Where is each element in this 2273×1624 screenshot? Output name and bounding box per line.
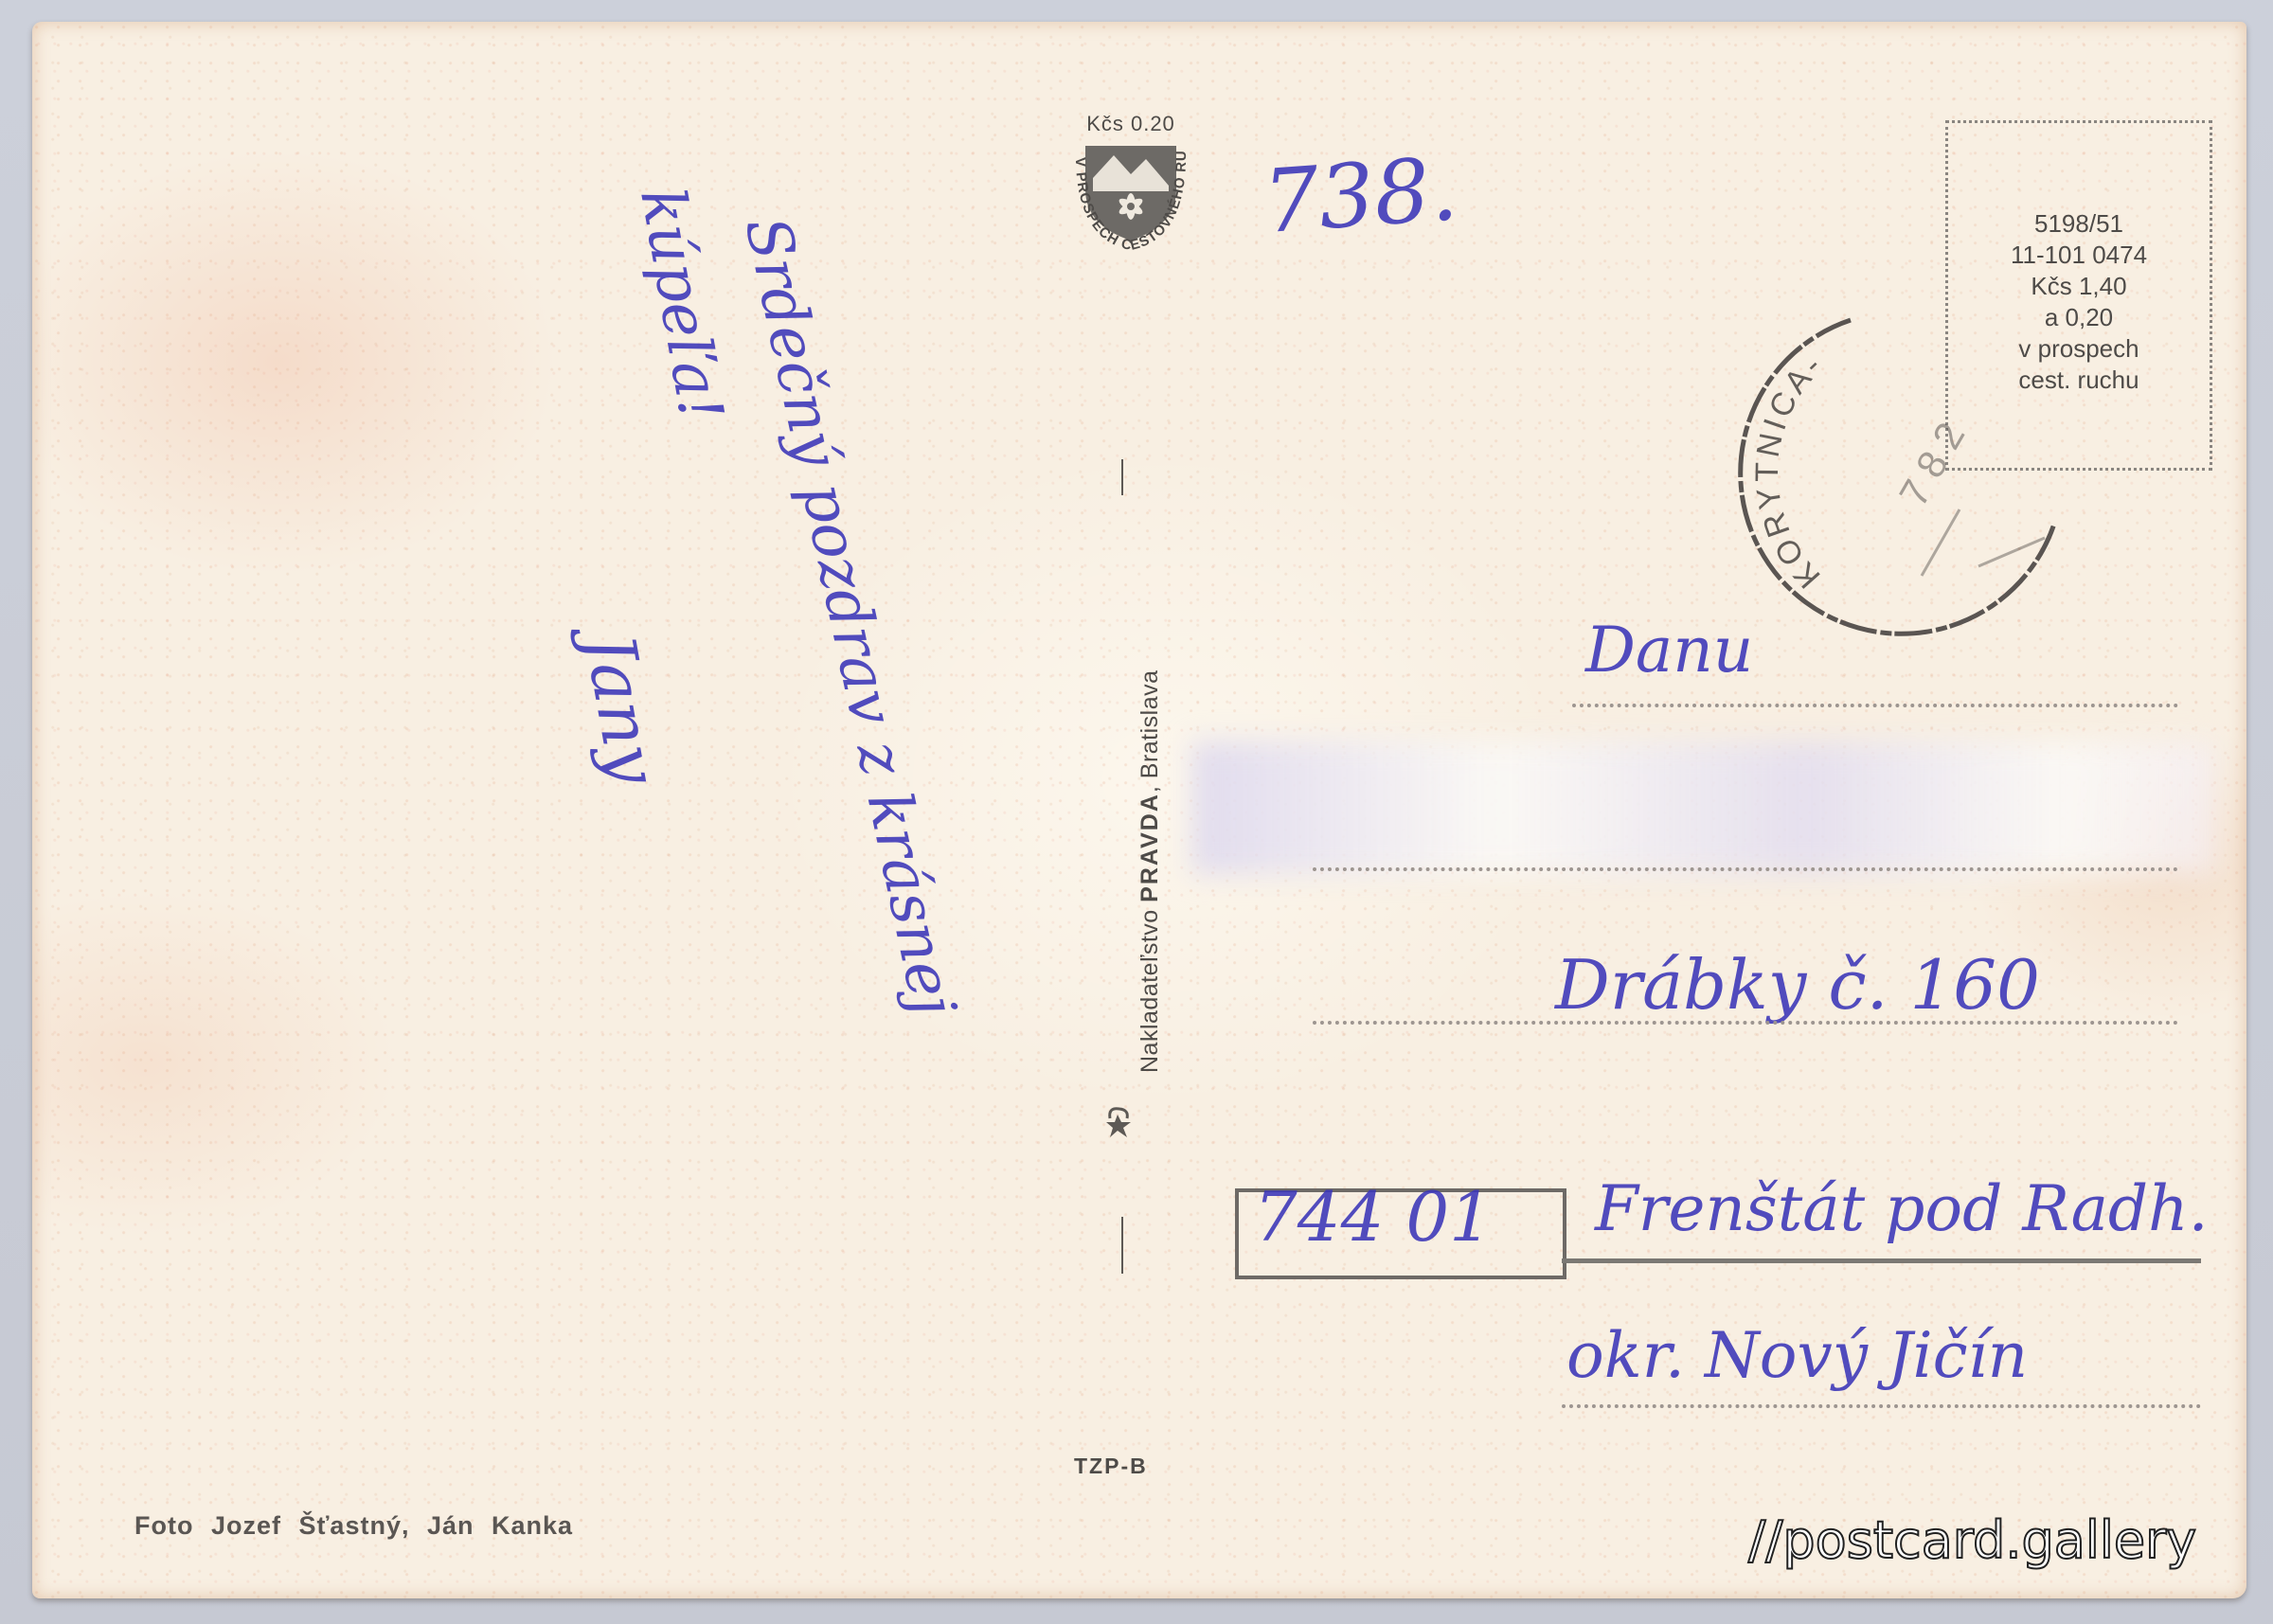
postal-code: 744 01 <box>1254 1177 1493 1257</box>
redacted-recipient-name <box>1192 741 2215 874</box>
address-city: Frenštát pod Radh. <box>1595 1172 2209 1245</box>
address-line-2 <box>1313 867 2178 871</box>
pravda-star-logo-icon <box>1101 1101 1138 1139</box>
publisher-prefix: Nakladateľstvo <box>1136 909 1163 1073</box>
publisher-city: , Bratislava <box>1136 669 1163 793</box>
address-line-4 <box>1562 1404 2201 1408</box>
signature: Jany <box>569 628 673 790</box>
charity-emblem: Kčs 0.20 V PROSPECH CESTOVNÉHO RUCHU <box>1055 112 1207 254</box>
postage-line: 11-101 0474 <box>1948 240 2210 271</box>
scan-background: Kčs 0.20 V PROSPECH CESTOVNÉHO RUCHU 738… <box>0 0 2273 1624</box>
message-line-1: Srdečný pozdrav z krásnej <box>731 211 969 1022</box>
postmark-cancel: KORYTNICA- 7 8 2 <box>1732 292 2102 651</box>
divider-line-top <box>1121 459 1123 495</box>
mountain-edelweiss-shield-icon: V PROSPECH CESTOVNÉHO RUCHU <box>1055 112 1207 254</box>
postcard: Kčs 0.20 V PROSPECH CESTOVNÉHO RUCHU 738… <box>32 22 2246 1598</box>
address-line-3 <box>1313 1021 2178 1025</box>
address-district: okr. Nový Jičín <box>1566 1319 2028 1392</box>
handwritten-reference-number: 738. <box>1261 138 1461 253</box>
message-line-3: kúpeľa! <box>626 183 736 426</box>
print-code: TZP-B <box>1074 1454 1148 1479</box>
publisher-name: PRAVDA <box>1136 793 1163 902</box>
postage-line: 5198/51 <box>1948 208 2210 240</box>
svg-text:KORYTNICA-: KORYTNICA- <box>1749 346 1832 596</box>
divider-line-bottom <box>1121 1217 1123 1274</box>
svg-text:7 8 2: 7 8 2 <box>1890 415 1973 513</box>
address-salutation: Danu <box>1585 614 1753 687</box>
address-street: Drábky č. 160 <box>1555 945 2040 1025</box>
photo-credit: Foto Jozef Šťastný, Ján Kanka <box>134 1511 573 1541</box>
city-underline <box>1562 1258 2201 1263</box>
watermark: //postcard.gallery <box>1748 1510 2196 1570</box>
publisher-imprint: Nakladateľstvo PRAVDA, Bratislava <box>1136 669 1164 1073</box>
address-line-1 <box>1572 704 2178 707</box>
